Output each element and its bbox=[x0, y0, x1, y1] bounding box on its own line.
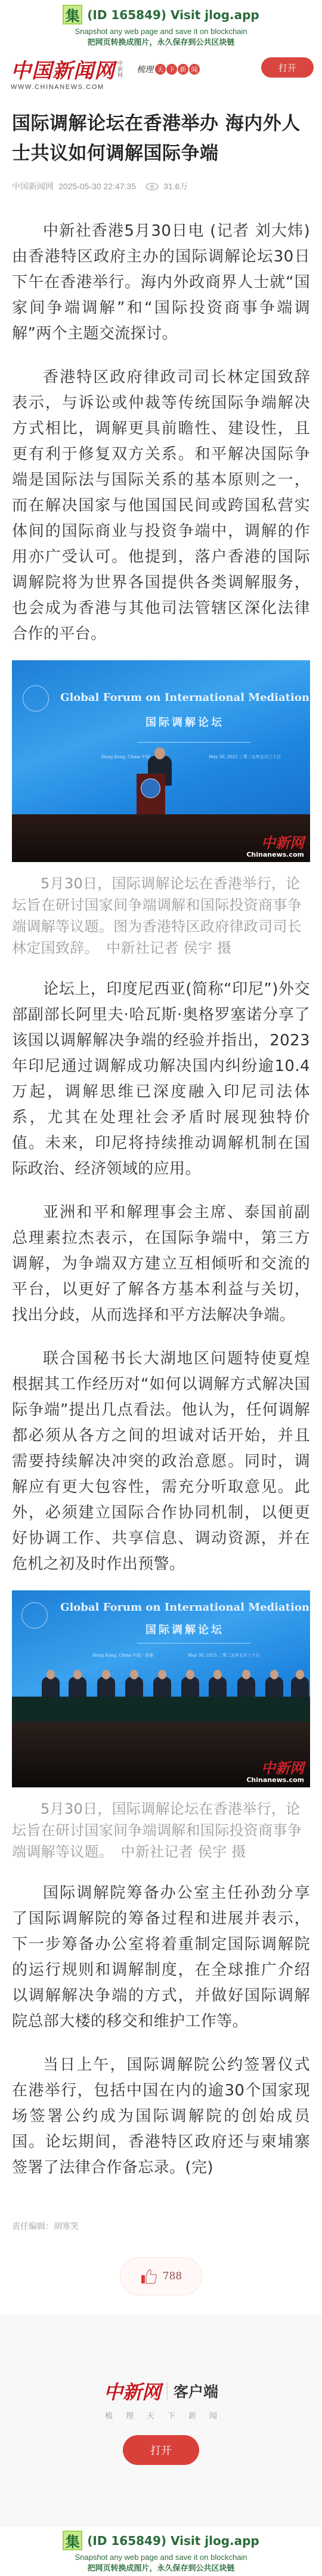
article: 国际调解论坛在香港举办 海内外人士共议如何调解国际争端 中国新闻网 2025-0… bbox=[0, 109, 322, 2295]
article-photo[interactable]: Global Forum on International Mediation … bbox=[12, 660, 310, 862]
article-meta: 中国新闻网 2025-05-30 22:47:35 31.6万 bbox=[12, 180, 310, 192]
screen-title-cn: 国际调解论坛 bbox=[12, 714, 310, 730]
article-paragraph: 亚洲和平和解理事会主席、泰国前副总理素拉杰表示，在国际争端中，第三方调解，为争端… bbox=[12, 1200, 310, 1328]
article-paragraph: 香港特区政府律政司司长林定国致辞表示，与诉讼或仲裁等传统国际争端解决方式相比，调… bbox=[12, 365, 310, 647]
app-brand-label: 客户端 bbox=[174, 2380, 218, 2402]
jlog-id-link[interactable]: (ID 165849) Visit jlog.app bbox=[87, 8, 259, 22]
article-figure: Global Forum on International Mediation … bbox=[12, 1590, 310, 1863]
logo-side-text: 中新网 bbox=[117, 61, 123, 79]
article-title: 国际调解论坛在香港举办 海内外人士共议如何调解国际争端 bbox=[12, 109, 310, 168]
screen-title-cn: 国际调解论坛 bbox=[12, 1621, 310, 1637]
article-paragraph: 当日上午，国际调解院公约签署仪式在港举行，包括中国在内的逾30个国家现场签署公约… bbox=[12, 2052, 310, 2181]
like-count: 788 bbox=[163, 2270, 182, 2282]
photo-caption: 5月30日，国际调解论坛在香港举行，论坛旨在研讨国家间争端调解和国际投资商事争端… bbox=[12, 873, 310, 959]
screen-title-en: Global Forum on International Mediation bbox=[12, 1601, 310, 1614]
jlog-id-link[interactable]: (ID 165849) Visit jlog.app bbox=[87, 2534, 259, 2548]
screen-title-en: Global Forum on International Mediation bbox=[12, 691, 310, 704]
slogan-dot: 天 bbox=[155, 64, 166, 75]
screen-date: May 30, 2025 二零二五年五月三十日 bbox=[188, 1652, 260, 1658]
like-button[interactable]: 788 bbox=[120, 2257, 202, 2295]
jlog-subtitle-en: Snapshot any web page and save it on blo… bbox=[0, 2553, 322, 2562]
slogan-dot: 闻 bbox=[189, 64, 200, 75]
article-figure: Global Forum on International Mediation … bbox=[12, 660, 310, 959]
app-tagline: 梳理天下新闻 bbox=[92, 2409, 230, 2421]
responsible-editor: 责任编辑：胡寒笑 bbox=[12, 2220, 310, 2232]
slogan-prefix: 梳理 bbox=[137, 63, 153, 75]
jlog-badge-icon: 集 bbox=[63, 5, 82, 24]
meta-source: 中国新闻网 bbox=[12, 180, 54, 192]
jlog-subtitle-en: Snapshot any web page and save it on blo… bbox=[0, 27, 322, 36]
meta-views: 31.6万 bbox=[163, 180, 188, 192]
photo-watermark: 中新网 Chinanews.com bbox=[246, 835, 304, 858]
jlog-banner-top: 集 (ID 165849) Visit jlog.app Snapshot an… bbox=[0, 0, 322, 51]
logo-cn-text: 中国新闻网 bbox=[11, 60, 115, 82]
meta-datetime: 2025-05-30 22:47:35 bbox=[58, 181, 136, 191]
site-logo[interactable]: 中国新闻网 中新网 WWW.CHINANEWS.COM bbox=[11, 60, 123, 91]
slogan-dot: 新 bbox=[178, 64, 188, 75]
photo-caption: 5月30日，国际调解论坛在香港举行，论坛旨在研讨国家间争端调解和国际投资商事争端… bbox=[12, 1798, 310, 1863]
slogan-dot: 下 bbox=[166, 64, 177, 75]
article-paragraph: 国际调解院筹备办公室主任孙劲分享了国际调解院的筹备过程和进展并表示，下一步筹备办… bbox=[12, 1881, 310, 2035]
eye-icon bbox=[145, 183, 159, 190]
header-slogan: 梳理 天 下 新 闻 bbox=[137, 63, 200, 75]
jlog-subtitle-cn: 把网页转换成图片，永久保存到公共区块链 bbox=[0, 36, 322, 47]
logo-url: WWW.CHINANEWS.COM bbox=[11, 84, 123, 91]
open-app-button-top[interactable]: 打开 bbox=[261, 57, 314, 78]
app-brand: 中新网 客户端 bbox=[104, 2377, 218, 2405]
article-paragraph: 中新社香港5月30日电 (记者 刘大炜)由香港特区政府主办的国际调解论坛30日下… bbox=[12, 218, 310, 347]
screen-location: Hong Kong, China 中国 · 香港 bbox=[92, 1652, 153, 1658]
site-header: 中国新闻网 中新网 WWW.CHINANEWS.COM 梳理 天 下 新 闻 打… bbox=[0, 51, 322, 99]
app-brand-cn: 中新网 bbox=[104, 2377, 161, 2405]
jlog-banner-bottom: 集 (ID 165849) Visit jlog.app Snapshot an… bbox=[0, 2527, 322, 2576]
app-promo: 中新网 客户端 梳理天下新闻 打开 bbox=[0, 2315, 322, 2527]
jlog-badge-icon: 集 bbox=[63, 2531, 82, 2550]
thumbs-up-icon bbox=[140, 2267, 158, 2285]
photo-watermark: 中新网 Chinanews.com bbox=[246, 1761, 304, 1784]
article-photo[interactable]: Global Forum on International Mediation … bbox=[12, 1590, 310, 1787]
jlog-subtitle-cn: 把网页转换成图片，永久保存到公共区块链 bbox=[0, 2562, 322, 2573]
open-app-button[interactable]: 打开 bbox=[123, 2435, 199, 2465]
screen-date: May 30, 2025 二零二五年五月三十日 bbox=[209, 754, 281, 760]
article-paragraph: 联合国秘书长大湖地区问题特使夏煌根据其工作经历对“如何以调解方式解决国际争端”提… bbox=[12, 1346, 310, 1577]
article-paragraph: 论坛上，印度尼西亚(简称“印尼”)外交部副部长阿里夫·哈瓦斯·奥格罗塞诺分享了该… bbox=[12, 977, 310, 1182]
